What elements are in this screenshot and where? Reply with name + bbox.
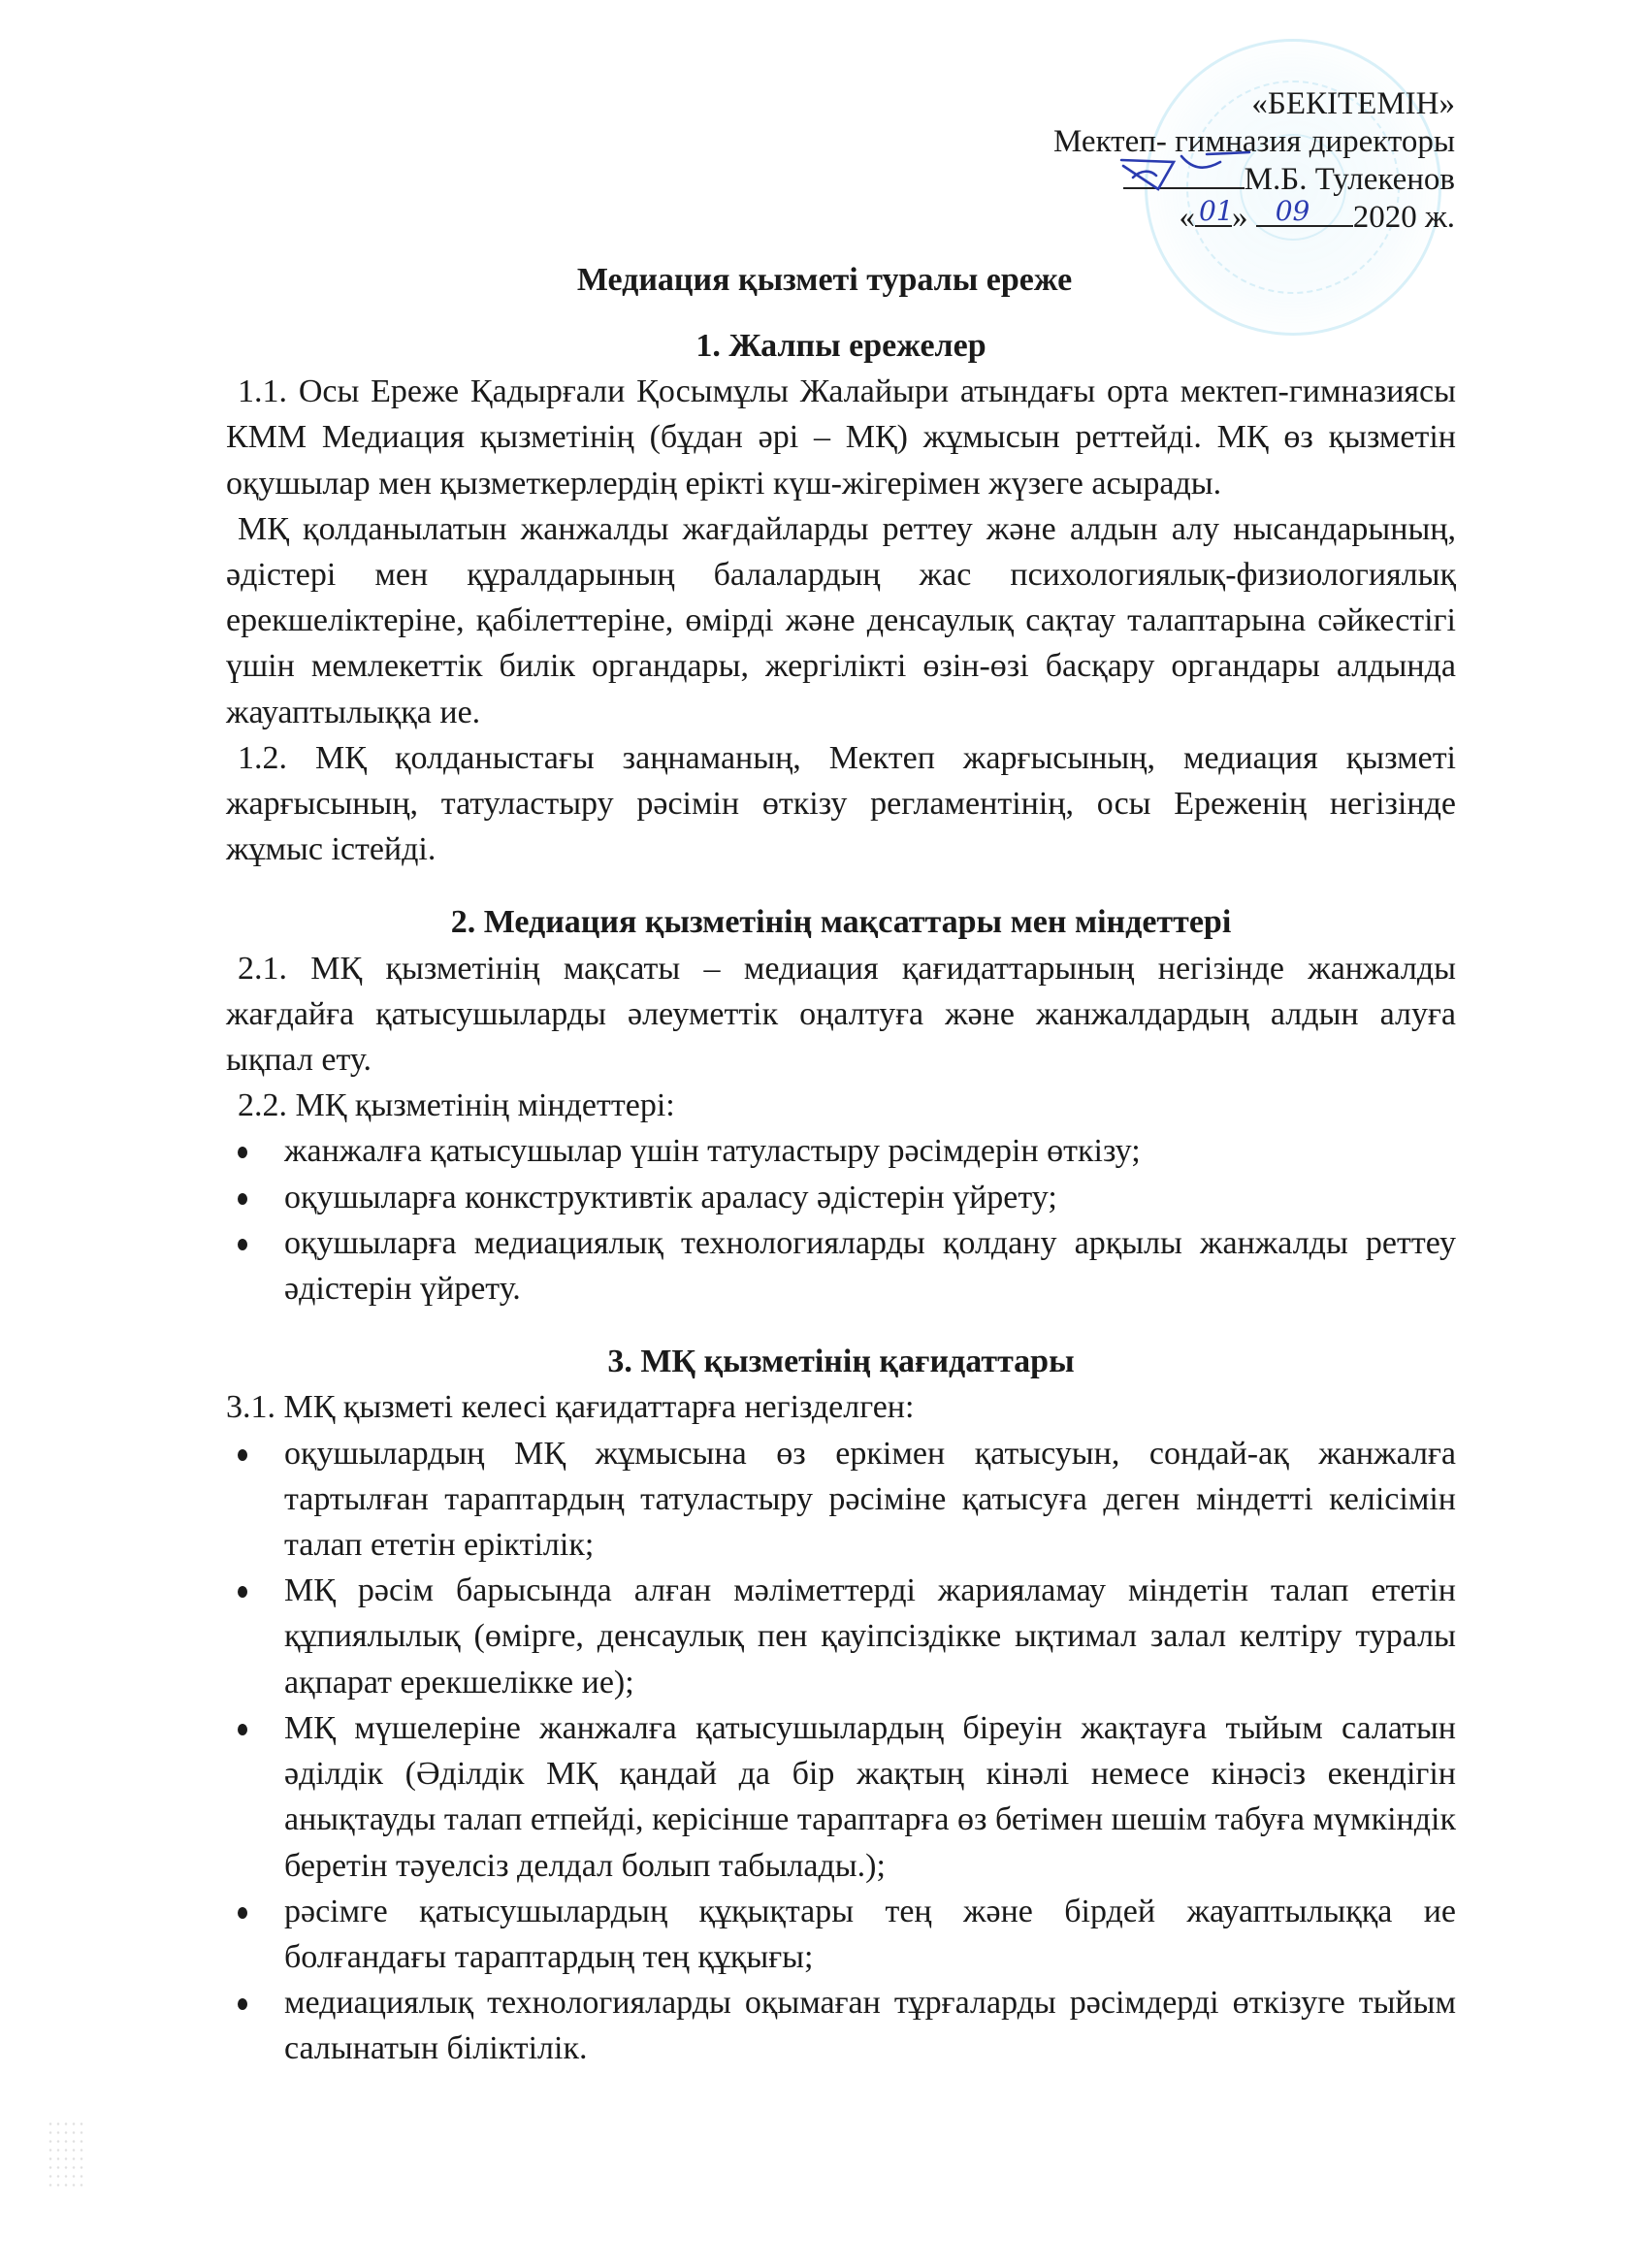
paragraph-2-2: 2.2. МҚ қызметінің міндеттері: [226, 1083, 1456, 1128]
list-item-text: медиациялық технологияларды оқымаған тұр… [284, 1985, 1456, 2066]
list-item: жанжалға қатысушылар үшін татуластыру рә… [226, 1128, 1456, 1174]
paragraph-2-1: 2.1. МҚ қызметінің мақсаты – медиация қа… [226, 946, 1456, 1084]
bullet-icon [238, 1907, 247, 1919]
date-month-value: 09 [1276, 192, 1310, 230]
section-3-principles-list: оқушылардың МҚ жұмысына өз еркімен қатыс… [226, 1431, 1456, 2072]
list-item: оқушылардың МҚ жұмысына өз еркімен қатыс… [226, 1431, 1456, 1569]
document-title: Медиация қызметі туралы ереже [0, 262, 1649, 299]
section-1-heading: 1. Жалпы ережелер [226, 323, 1456, 369]
section-3-heading: 3. МҚ қызметінің қағидаттары [226, 1339, 1456, 1384]
list-item: оқушыларға медиациялық технологияларды қ… [226, 1220, 1456, 1312]
section-2-task-list: жанжалға қатысушылар үшін татуластыру рә… [226, 1128, 1456, 1312]
list-item-text: рәсімге қатысушылардың құқықтары тең жән… [284, 1894, 1456, 1975]
paragraph-1-1: 1.1. Осы Ереже Қадырғали Қосымұлы Жалайы… [226, 369, 1456, 506]
document-page: «БЕКІТЕМІН» Мектеп- гимназия директоры М… [0, 0, 1649, 2268]
date-year: 2020 ж. [1353, 200, 1455, 235]
paragraph-3-1: 3.1. МҚ қызметі келесі қағидаттарға негі… [226, 1384, 1456, 1430]
list-item-text: МҚ рәсім барысында алған мәліметтерді жа… [284, 1572, 1456, 1700]
approver-signature-line: М.Б. Тулекенов [1053, 161, 1455, 199]
list-item-text: оқушылардың МҚ жұмысына өз еркімен қатыс… [284, 1436, 1456, 1563]
list-item-text: оқушыларға медиациялық технологияларды қ… [284, 1225, 1456, 1307]
signature-icon [1114, 148, 1259, 193]
scan-artifact [47, 2120, 85, 2187]
list-item: оқушыларға конкструктивтік араласу әдіст… [226, 1175, 1456, 1220]
approval-date: «01» 092020 ж. [1053, 199, 1455, 237]
bullet-icon [238, 1239, 247, 1250]
date-close-quote: » [1232, 200, 1248, 235]
list-item: МҚ мүшелеріне жанжалға қатысушылардың бі… [226, 1705, 1456, 1889]
list-item: рәсімге қатысушылардың құқықтары тең жән… [226, 1889, 1456, 1980]
list-item: МҚ рәсім барысында алған мәліметтерді жа… [226, 1568, 1456, 1705]
list-item-text: оқушыларға конкструктивтік араласу әдіст… [284, 1180, 1057, 1215]
date-month-field: 09 [1256, 200, 1353, 227]
bullet-icon [238, 1586, 247, 1598]
section-gap [226, 872, 1456, 899]
section-2-heading: 2. Медиация қызметінің мақсаттары мен мі… [226, 899, 1456, 945]
paragraph-1-1-b: МҚ қолданылатын жанжалды жағдайларды рет… [226, 506, 1456, 735]
date-open-quote: « [1179, 200, 1195, 235]
bullet-icon [238, 1449, 247, 1461]
document-body: 1. Жалпы ережелер 1.1. Осы Ереже Қадырға… [226, 323, 1456, 2072]
paragraph-1-2: 1.2. МҚ қолданыстағы заңнаманың, Мектеп … [226, 735, 1456, 873]
approval-heading: «БЕКІТЕМІН» [1053, 85, 1455, 123]
date-day-value: 01 [1199, 192, 1234, 230]
approval-block: «БЕКІТЕМІН» Мектеп- гимназия директоры М… [1053, 85, 1455, 237]
section-gap [226, 1312, 1456, 1339]
list-item-text: жанжалға қатысушылар үшін татуластыру рә… [284, 1133, 1141, 1169]
bullet-icon [238, 1998, 247, 2010]
bullet-icon [238, 1724, 247, 1735]
bullet-icon [238, 1147, 247, 1158]
list-item-text: МҚ мүшелеріне жанжалға қатысушылардың бі… [284, 1710, 1456, 1884]
signature-field [1123, 162, 1245, 189]
bullet-icon [238, 1193, 247, 1205]
list-item: медиациялық технологияларды оқымаған тұр… [226, 1980, 1456, 2071]
date-day-field: 01 [1195, 200, 1232, 227]
